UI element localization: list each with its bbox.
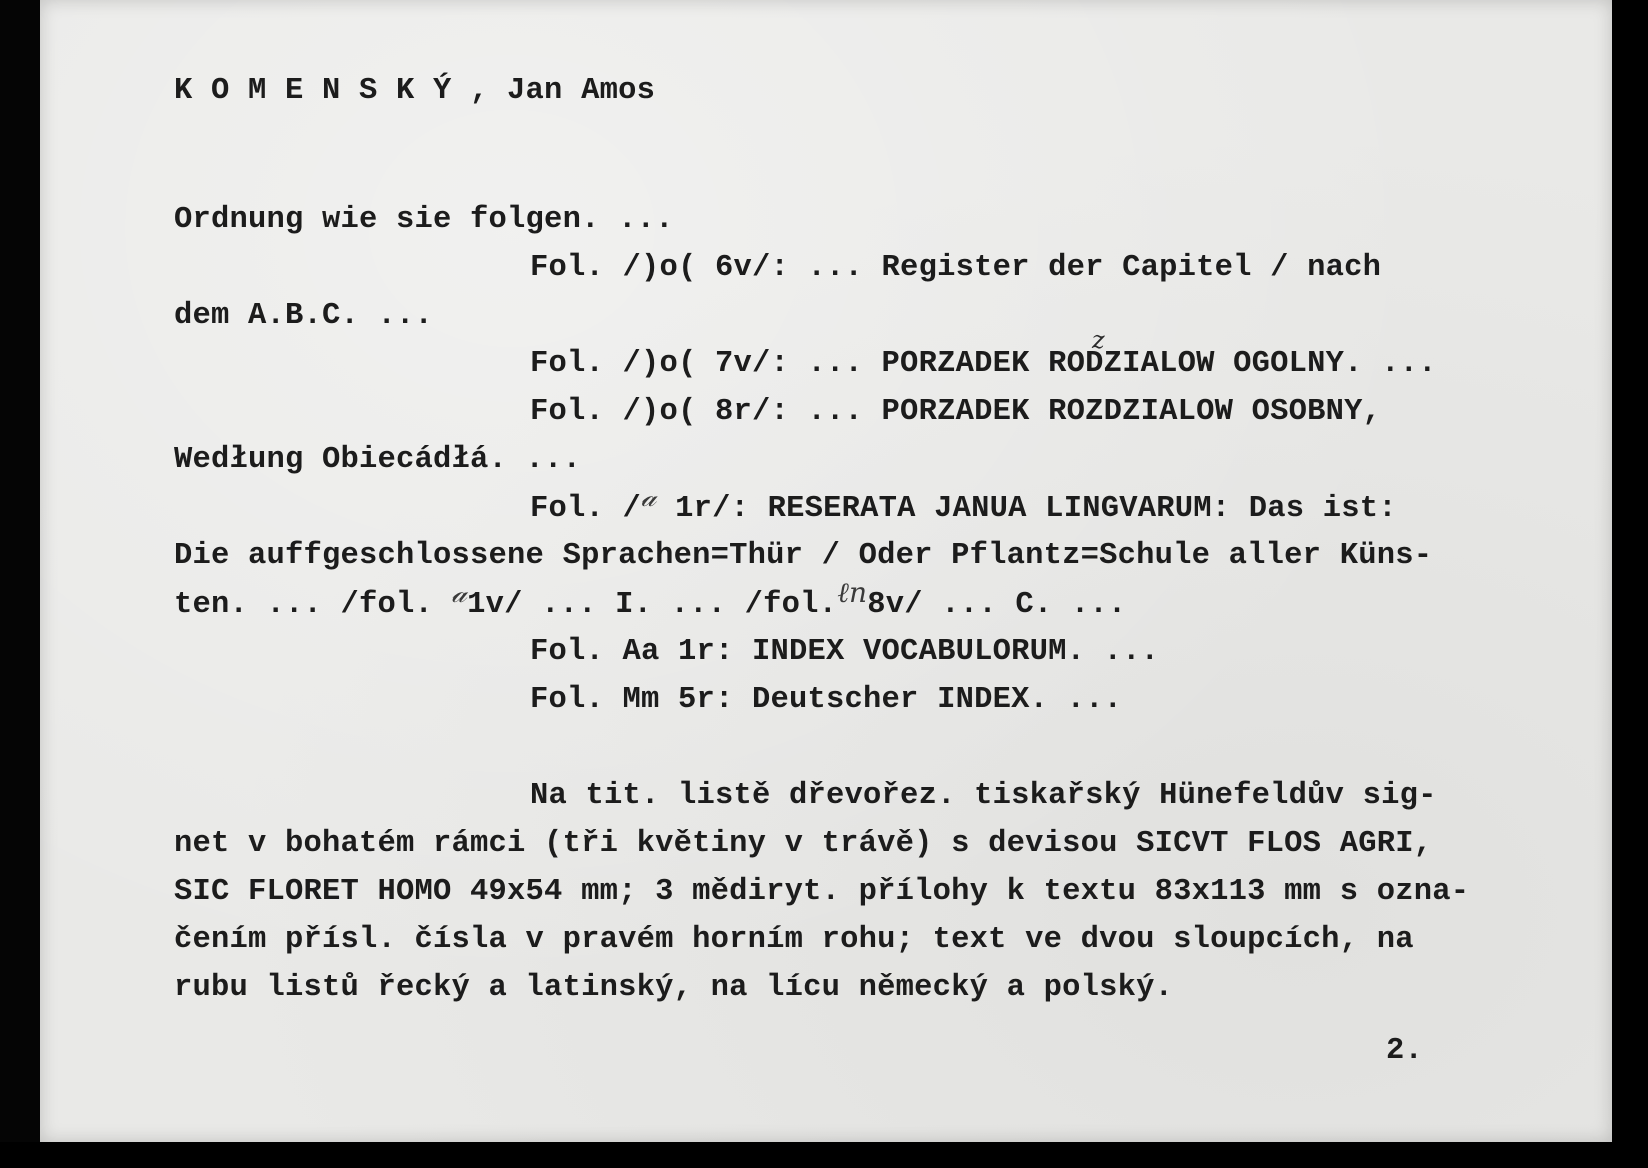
text-line: Na tit. listě dřevořez. tiskařský Hünefe… <box>530 781 1437 812</box>
text-segment: ten. ... /fol. <box>174 588 452 622</box>
text-line: Ordnung wie sie folgen. ... <box>174 205 674 236</box>
scan-border-right <box>1612 0 1648 1168</box>
page-number: 2. <box>1386 1036 1423 1067</box>
text-segment: 1r/: RESERATA JANUA LINGVARUM: Das ist: <box>675 492 1397 526</box>
text-line: Fol. Aa 1r: INDEX VOCABULORUM. ... <box>530 637 1159 668</box>
text-line: čením přísl. čísla v pravém horním rohu;… <box>174 925 1414 956</box>
text-segment: Fol. / <box>530 492 641 526</box>
handwritten-signature: 𝒶 <box>452 576 468 609</box>
text-line: Fol. /𝒶 1r/: RESERATA JANUA LINGVARUM: D… <box>530 493 1397 525</box>
text-line: Fol. Mm 5r: Deutscher INDEX. ... <box>530 685 1122 716</box>
text-line: Fol. /)o( 8r/: ... PORZADEK ROZDZIALOW O… <box>530 397 1381 428</box>
text-line: dem A.B.C. ... <box>174 301 433 332</box>
text-line: Wedłung Obiecádłá. ... <box>174 445 581 476</box>
catalog-card: K O M E N S K Ý , Jan Amos Ordnung wie s… <box>40 0 1612 1142</box>
text-line: Die auffgeschlossene Sprachen=Thür / Ode… <box>174 541 1432 572</box>
text-segment: 1v/ ... I. ... /fol. <box>467 588 837 622</box>
text-line: Fol. /)o( 6v/: ... Register der Capitel … <box>530 253 1381 284</box>
scan-border-bottom <box>0 1142 1648 1168</box>
text-line: net v bohatém rámci (tři květiny v trávě… <box>174 829 1432 860</box>
text-line: rubu listů řecký a latinský, na lícu něm… <box>174 973 1173 1004</box>
text-line: Fol. /)o( 7v/: ... PORZADEK RODZIALOW OG… <box>530 349 1437 380</box>
text-line: ten. ... /fol. 𝒶1v/ ... I. ... /fol.ℓn8v… <box>174 589 1126 621</box>
handwritten-signature: ℓn <box>837 576 867 609</box>
text-segment: 8v/ ... C. ... <box>867 588 1126 622</box>
card-heading: K O M E N S K Ý , Jan Amos <box>174 76 655 107</box>
handwritten-signature: 𝒶 <box>641 480 657 513</box>
text-line: SIC FLORET HOMO 49x54 mm; 3 mědiryt. pří… <box>174 877 1469 908</box>
